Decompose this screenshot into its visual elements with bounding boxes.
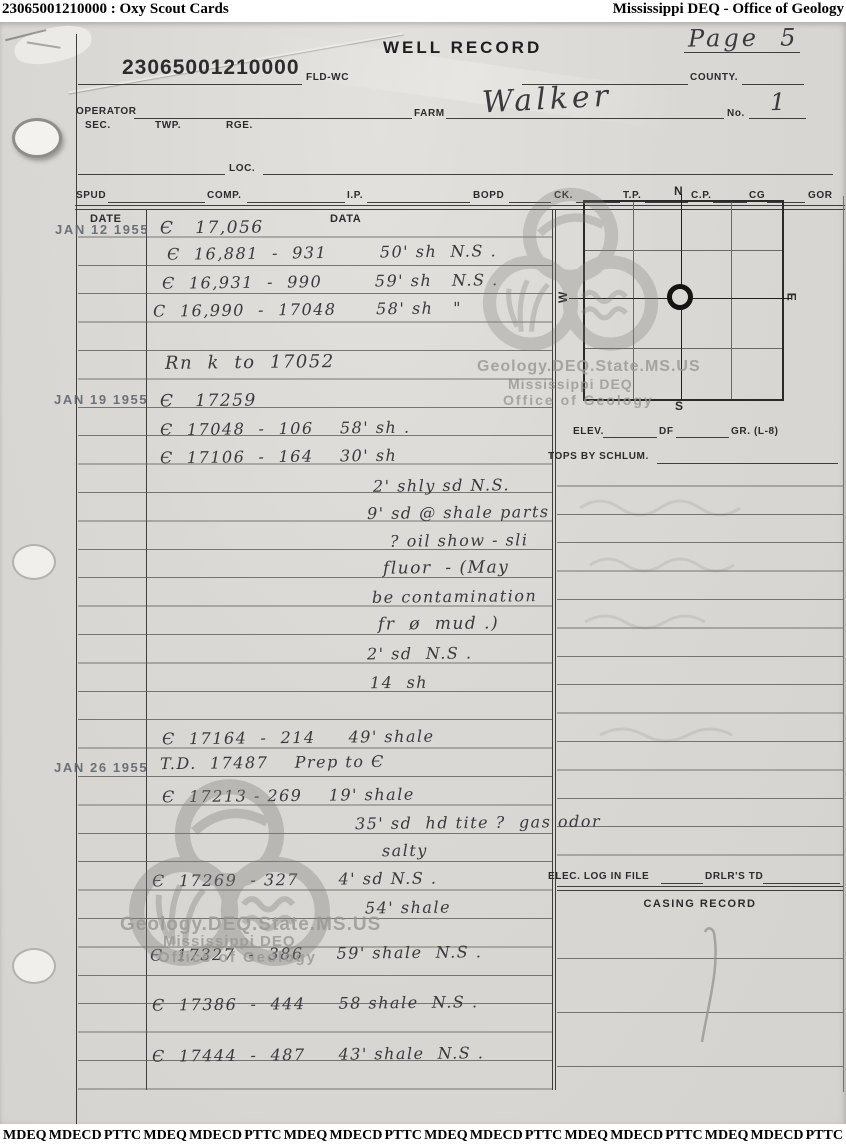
footer-token: PTTC bbox=[104, 1128, 141, 1144]
handwritten-entry: Є 17106 - 164 30' sh bbox=[160, 446, 397, 467]
fld-label: FLD-WC bbox=[306, 72, 349, 83]
handwritten-entry: 14 sh bbox=[370, 673, 428, 693]
field-line bbox=[676, 437, 729, 438]
footer-token: MDECD bbox=[751, 1128, 804, 1144]
handwritten-entry: Є 16,881 - 931 50' sh N.S . bbox=[167, 241, 497, 263]
handwritten-entry: be contamination bbox=[372, 586, 537, 607]
footer-token: MDECD bbox=[49, 1128, 102, 1144]
page-number-note: Page 5 bbox=[688, 23, 799, 52]
field-line bbox=[108, 202, 205, 203]
handwritten-entry: ? oil show - sli bbox=[390, 530, 529, 550]
field-line bbox=[742, 84, 804, 85]
footer-token: MDEQ bbox=[564, 1128, 608, 1144]
date-stamp: JAN 19 1955 bbox=[54, 392, 148, 407]
bottom-keyword-bar: MDEQ MDECD PTTC MDEQ MDECD PTTC MDEQ MDE… bbox=[0, 1124, 846, 1147]
comp-label: COMP. bbox=[207, 190, 242, 201]
footer-token: MDEQ bbox=[3, 1128, 47, 1144]
bleedthrough-marks bbox=[560, 480, 840, 780]
watermark-office-text: Office of Geology bbox=[158, 949, 317, 966]
twp-label: TWP. bbox=[155, 120, 181, 131]
df-label: DF bbox=[659, 426, 674, 437]
ip-label: I.P. bbox=[347, 190, 363, 201]
field-line bbox=[134, 118, 412, 119]
map-grid-line bbox=[731, 202, 732, 399]
field-line bbox=[763, 883, 840, 884]
handwritten-entry: 35' sd hd tite ? gas odor bbox=[355, 812, 601, 834]
deq-logo-watermark bbox=[112, 768, 347, 1003]
footer-token: MDECD bbox=[189, 1128, 242, 1144]
footer-token: PTTC bbox=[665, 1128, 702, 1144]
form-title: WELL RECORD bbox=[383, 38, 542, 58]
farm-label: FARM bbox=[414, 108, 445, 119]
sec-label: SEC. bbox=[85, 120, 111, 131]
field-line bbox=[78, 84, 302, 85]
double-rule bbox=[557, 890, 843, 891]
field-line bbox=[247, 202, 345, 203]
agency-name-text: Mississippi DEQ - Office of Geology bbox=[613, 1, 844, 18]
document-id-text: 23065001210000 : Oxy Scout Cards bbox=[2, 1, 229, 18]
footer-token: PTTC bbox=[806, 1128, 843, 1144]
watermark-org-text: Mississippi DEQ bbox=[508, 376, 633, 392]
handwritten-entry: fluor - (May bbox=[383, 557, 509, 578]
footer-token: MDEQ bbox=[284, 1128, 328, 1144]
county-label: COUNTY. bbox=[690, 72, 738, 83]
field-line bbox=[657, 463, 838, 464]
handwritten-entry: Rn k to 17052 bbox=[165, 351, 335, 374]
footer-token: MDEQ bbox=[143, 1128, 187, 1144]
handwritten-entry: 2' shly sd N.S. bbox=[373, 475, 510, 495]
footer-token: MDEQ bbox=[705, 1128, 749, 1144]
footer-token: MDECD bbox=[470, 1128, 523, 1144]
pencil-mark bbox=[690, 925, 730, 1050]
well-no-value-handwritten: 1 bbox=[770, 88, 787, 116]
field-line bbox=[78, 174, 225, 175]
handwritten-entry: Є 17,056 bbox=[160, 217, 264, 238]
top-info-bar: 23065001210000 : Oxy Scout Cards Mississ… bbox=[0, 0, 846, 22]
gor-label: GOR bbox=[808, 190, 833, 201]
casing-record-header: CASING RECORD bbox=[557, 898, 843, 910]
map-south-label: S bbox=[675, 399, 684, 413]
footer-token: MDECD bbox=[329, 1128, 382, 1144]
footer-token: MDECD bbox=[610, 1128, 663, 1144]
paper-scan: WELL RECORD Page 5 23065001210000 FLD-WC… bbox=[0, 22, 846, 1124]
rge-label: RGE. bbox=[226, 120, 253, 131]
handwritten-entry: Є 16,931 - 990 59' sh N.S . bbox=[162, 270, 499, 293]
field-line bbox=[263, 174, 833, 175]
field-line bbox=[661, 883, 703, 884]
binder-hole bbox=[12, 948, 56, 984]
drlrs-td-label: DRLR'S TD bbox=[705, 871, 763, 882]
handwritten-entry: Є 17048 - 106 58' sh . bbox=[160, 418, 411, 440]
well-no-label: No. bbox=[727, 108, 745, 119]
scanned-well-record-page: 23065001210000 : Oxy Scout Cards Mississ… bbox=[0, 0, 846, 1147]
handwritten-entry: 2' sd N.S . bbox=[367, 643, 473, 663]
field-line bbox=[749, 118, 806, 119]
handwritten-entry: C 16,990 - 17048 58' sh " bbox=[153, 298, 462, 320]
handwritten-entry: Є 17259 bbox=[160, 390, 257, 411]
farm-value-handwritten: Walker bbox=[481, 79, 613, 121]
handwritten-entry: Є 17164 - 214 49' shale bbox=[162, 727, 435, 749]
form-right-border bbox=[843, 196, 844, 1092]
tops-by-schlum-label: TOPS BY SCHLUM. bbox=[548, 451, 649, 462]
handwritten-entry: salty bbox=[382, 841, 428, 860]
date-stamp: JAN 12 1955 bbox=[55, 222, 149, 237]
form-left-border bbox=[76, 34, 77, 1124]
elec-log-label: ELEC. LOG IN FILE bbox=[548, 871, 649, 882]
binder-hole bbox=[12, 544, 56, 580]
elev-label: ELEV. bbox=[573, 426, 604, 437]
handwritten-entry: 9' sd @ shale parts bbox=[367, 502, 550, 523]
field-line bbox=[367, 202, 470, 203]
footer-token: PTTC bbox=[244, 1128, 281, 1144]
loc-label: LOC. bbox=[229, 163, 255, 174]
double-rule bbox=[557, 886, 843, 887]
watermark-office-text: Office of Geology bbox=[503, 392, 654, 408]
handwritten-entry: fr ø mud .) bbox=[378, 613, 499, 634]
field-line bbox=[603, 437, 657, 438]
api-number-stamp: 23065001210000 bbox=[122, 56, 300, 80]
handwritten-entry: Є 17444 - 487 43' shale N.S . bbox=[152, 1043, 485, 1065]
binder-hole bbox=[12, 118, 62, 158]
operator-label: OPERATOR bbox=[76, 106, 137, 117]
watermark-url-text: Geology.DEQ.State.MS.US bbox=[477, 358, 701, 376]
footer-token: PTTC bbox=[525, 1128, 562, 1144]
map-east-label: E bbox=[784, 293, 798, 302]
footer-token: PTTC bbox=[385, 1128, 422, 1144]
watermark-org-text: Mississippi DEQ bbox=[163, 933, 296, 950]
gr-label: GR. (L-8) bbox=[731, 426, 779, 437]
page-number-underline bbox=[684, 52, 800, 53]
spud-label: SPUD bbox=[76, 190, 106, 201]
deq-logo-watermark bbox=[468, 178, 673, 383]
footer-token: MDEQ bbox=[424, 1128, 468, 1144]
